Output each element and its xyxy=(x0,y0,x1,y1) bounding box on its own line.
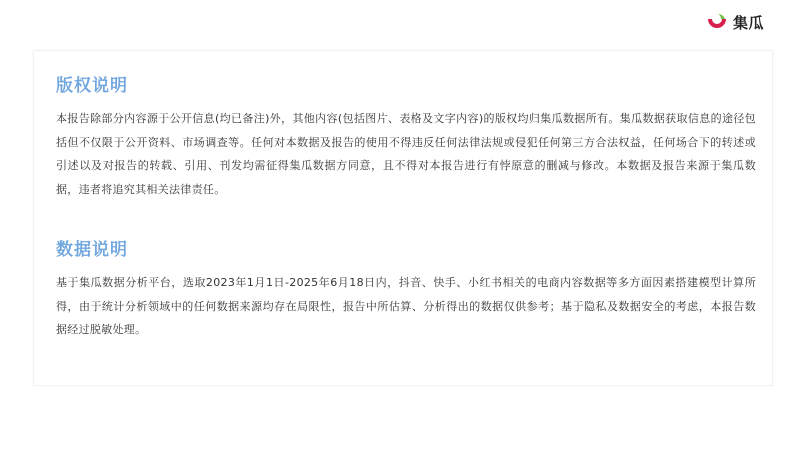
copyright-section: 版权说明 本报告除部分内容源于公开信息(均已备注)外，其他内容(包括图片、表格及… xyxy=(56,75,756,201)
copyright-body: 本报告除部分内容源于公开信息(均已备注)外，其他内容(包括图片、表格及文字内容)… xyxy=(56,107,756,201)
jigua-logo-icon xyxy=(706,13,728,33)
copyright-title: 版权说明 xyxy=(56,75,756,97)
brand-logo: 集瓜 xyxy=(706,12,764,33)
data-body: 基于集瓜数据分析平台，选取2023年1月1日-2025年6月18日内，抖音、快手… xyxy=(56,271,756,342)
content-card: 版权说明 本报告除部分内容源于公开信息(均已备注)外，其他内容(包括图片、表格及… xyxy=(33,50,773,386)
logo-text: 集瓜 xyxy=(733,12,764,33)
report-disclaimer-page: 集瓜 版权说明 本报告除部分内容源于公开信息(均已备注)外，其他内容(包括图片、… xyxy=(0,0,800,450)
data-section: 数据说明 基于集瓜数据分析平台，选取2023年1月1日-2025年6月18日内，… xyxy=(56,239,756,342)
data-title: 数据说明 xyxy=(56,239,756,261)
